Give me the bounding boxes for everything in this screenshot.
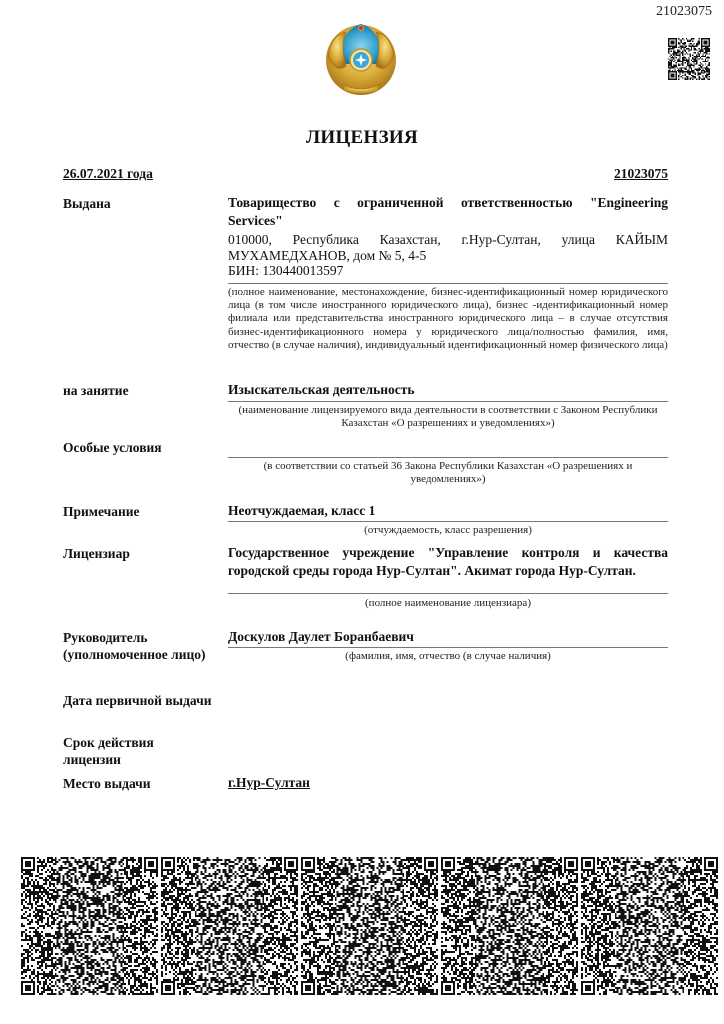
divider (228, 521, 668, 522)
divider (228, 401, 668, 402)
first-issue-date-label: Дата первичной выдачи (63, 692, 212, 710)
licensee-bin: БИН: 130440013597 (228, 263, 668, 279)
licensee-address-line1: 010000, Республика Казахстан, г.Нур-Султ… (228, 232, 668, 248)
qr-code-icon (21, 857, 158, 995)
kazakhstan-state-emblem-icon (322, 16, 400, 100)
divider (228, 647, 668, 648)
validity-label-line1: Срок действия (63, 734, 154, 752)
qr-code-icon (668, 38, 710, 80)
licensor-value: Государственное учреждение "Управление к… (228, 544, 668, 580)
license-number: 21023075 (614, 166, 668, 182)
qr-code-strip (21, 857, 718, 995)
place-value: г.Нур-Султан (228, 775, 310, 791)
licensee-address-line2: МУХАМЕДХАНОВ, дом № 5, 4-5 (228, 248, 668, 264)
licensee-name: Товарищество с ограниченной ответственно… (228, 194, 668, 230)
divider (228, 283, 668, 284)
special-conditions-hint: (в соответствии со статьей 36 Закона Рес… (228, 460, 668, 486)
validity-label-line2: лицензии (63, 751, 121, 769)
special-conditions-label: Особые условия (63, 439, 162, 457)
licensor-label: Лицензиар (63, 545, 130, 563)
issued-to-label: Выдана (63, 195, 111, 213)
qr-code-icon (161, 857, 298, 995)
note-value: Неотчуждаемая, класс 1 (228, 502, 668, 520)
qr-code-icon (441, 857, 578, 995)
head-label-line2: (уполномоченное лицо) (63, 646, 206, 664)
note-hint: (отчуждаемость, класс разрешения) (228, 524, 668, 537)
note-label: Примечание (63, 503, 140, 521)
divider (228, 593, 668, 594)
document-number-top: 21023075 (656, 4, 712, 20)
qr-code-icon (301, 857, 438, 995)
head-value: Доскулов Даулет Боранбаевич (228, 628, 668, 646)
head-label-line1: Руководитель (63, 629, 148, 647)
activity-label: на занятие (63, 382, 129, 400)
activity-hint: (наименование лицензируемого вида деятел… (228, 404, 668, 430)
activity-value: Изыскательская деятельность (228, 381, 668, 399)
qr-code-icon (581, 857, 718, 995)
divider (228, 457, 668, 458)
issue-date: 26.07.2021 года (63, 166, 153, 182)
head-hint: (фамилия, имя, отчество (в случае наличи… (228, 650, 668, 663)
document-title: ЛИЦЕНЗИЯ (0, 127, 724, 149)
place-label: Место выдачи (63, 775, 151, 793)
licensor-hint: (полное наименование лицензиара) (228, 597, 668, 610)
licensee-hint: (полное наименование, местонахождение, б… (228, 286, 668, 352)
